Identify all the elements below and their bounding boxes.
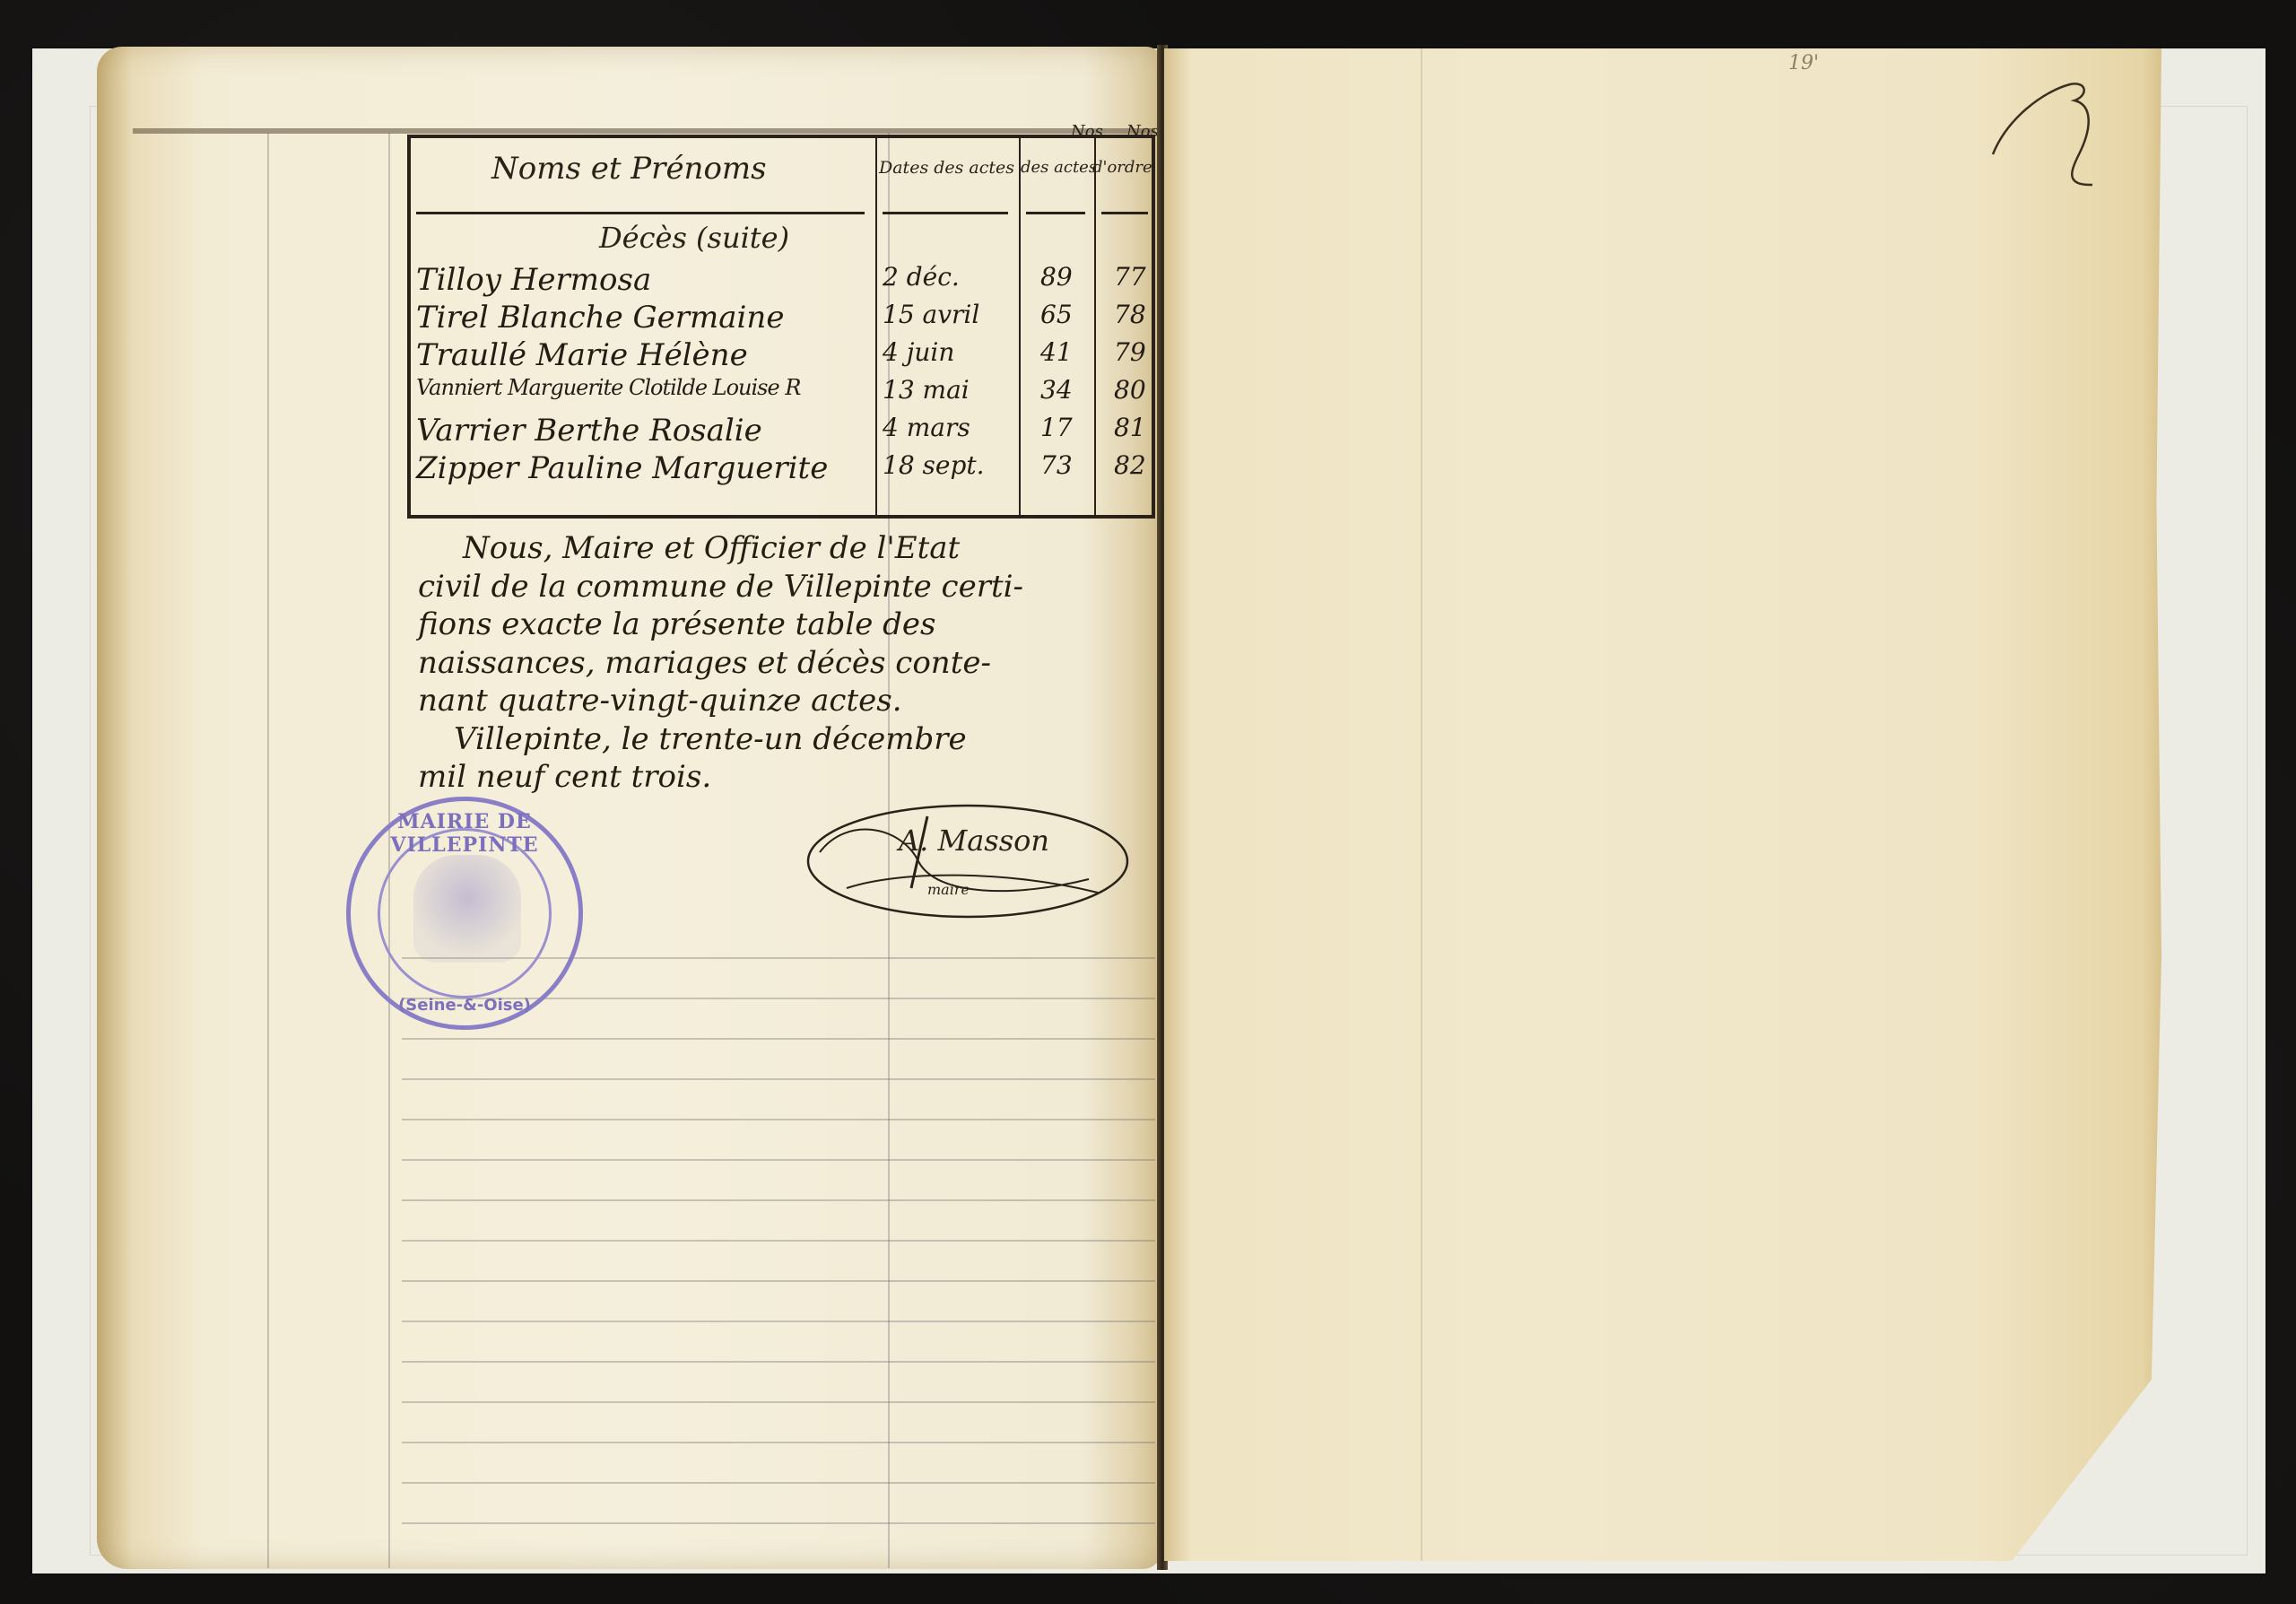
header-dates: Dates des actes: [879, 158, 1014, 178]
header-names: Noms et Prénoms: [491, 151, 767, 187]
header-acts-nos: Nos: [1071, 122, 1103, 141]
table-row: Varrier Berthe Rosalie 4 mars 17 81: [411, 413, 1152, 450]
signature-role: maire: [927, 881, 970, 898]
stamp-top-text: MAIRIE DE VILLEPINTE: [351, 810, 578, 857]
header-order: d'ordre: [1092, 158, 1152, 177]
signature-name: A. Masson: [899, 824, 1049, 858]
table-row: Traullé Marie Hélène 4 juin 41 79: [411, 337, 1152, 375]
right-page: [1164, 48, 2161, 1561]
stamp-bottom-text: (Seine-&-Oise): [351, 996, 578, 1015]
table-row: Tilloy Hermosa 2 déc. 89 77: [411, 262, 1152, 300]
table-row: Zipper Pauline Marguerite 18 sept. 73 82: [411, 450, 1152, 488]
folio-number: 19': [1788, 52, 1819, 74]
table-row: Tirel Blanche Germaine 15 avril 65 78: [411, 300, 1152, 337]
register-table: Noms et Prénoms Dates des actes Nos des …: [407, 135, 1155, 519]
section-title: Décès (suite): [599, 221, 789, 255]
marianne-seal-icon: [413, 855, 521, 963]
initial-mark-icon: [1989, 74, 2097, 199]
table-row: Vanniert Marguerite Clotilde Louise R 13…: [411, 375, 1152, 413]
margin-rule: [267, 133, 269, 1568]
signature-flourish-icon: [793, 798, 1134, 924]
mairie-stamp: MAIRIE DE VILLEPINTE (Seine-&-Oise): [346, 797, 583, 1030]
certification-text: Nous, Maire et Officier de l'Etat civil …: [418, 529, 1153, 797]
mayor-signature: A. Masson maire: [793, 798, 1134, 924]
top-band-rule: [133, 128, 1155, 134]
header-acts: des actes: [1021, 158, 1097, 177]
header-order-nos: Nos: [1126, 122, 1159, 141]
